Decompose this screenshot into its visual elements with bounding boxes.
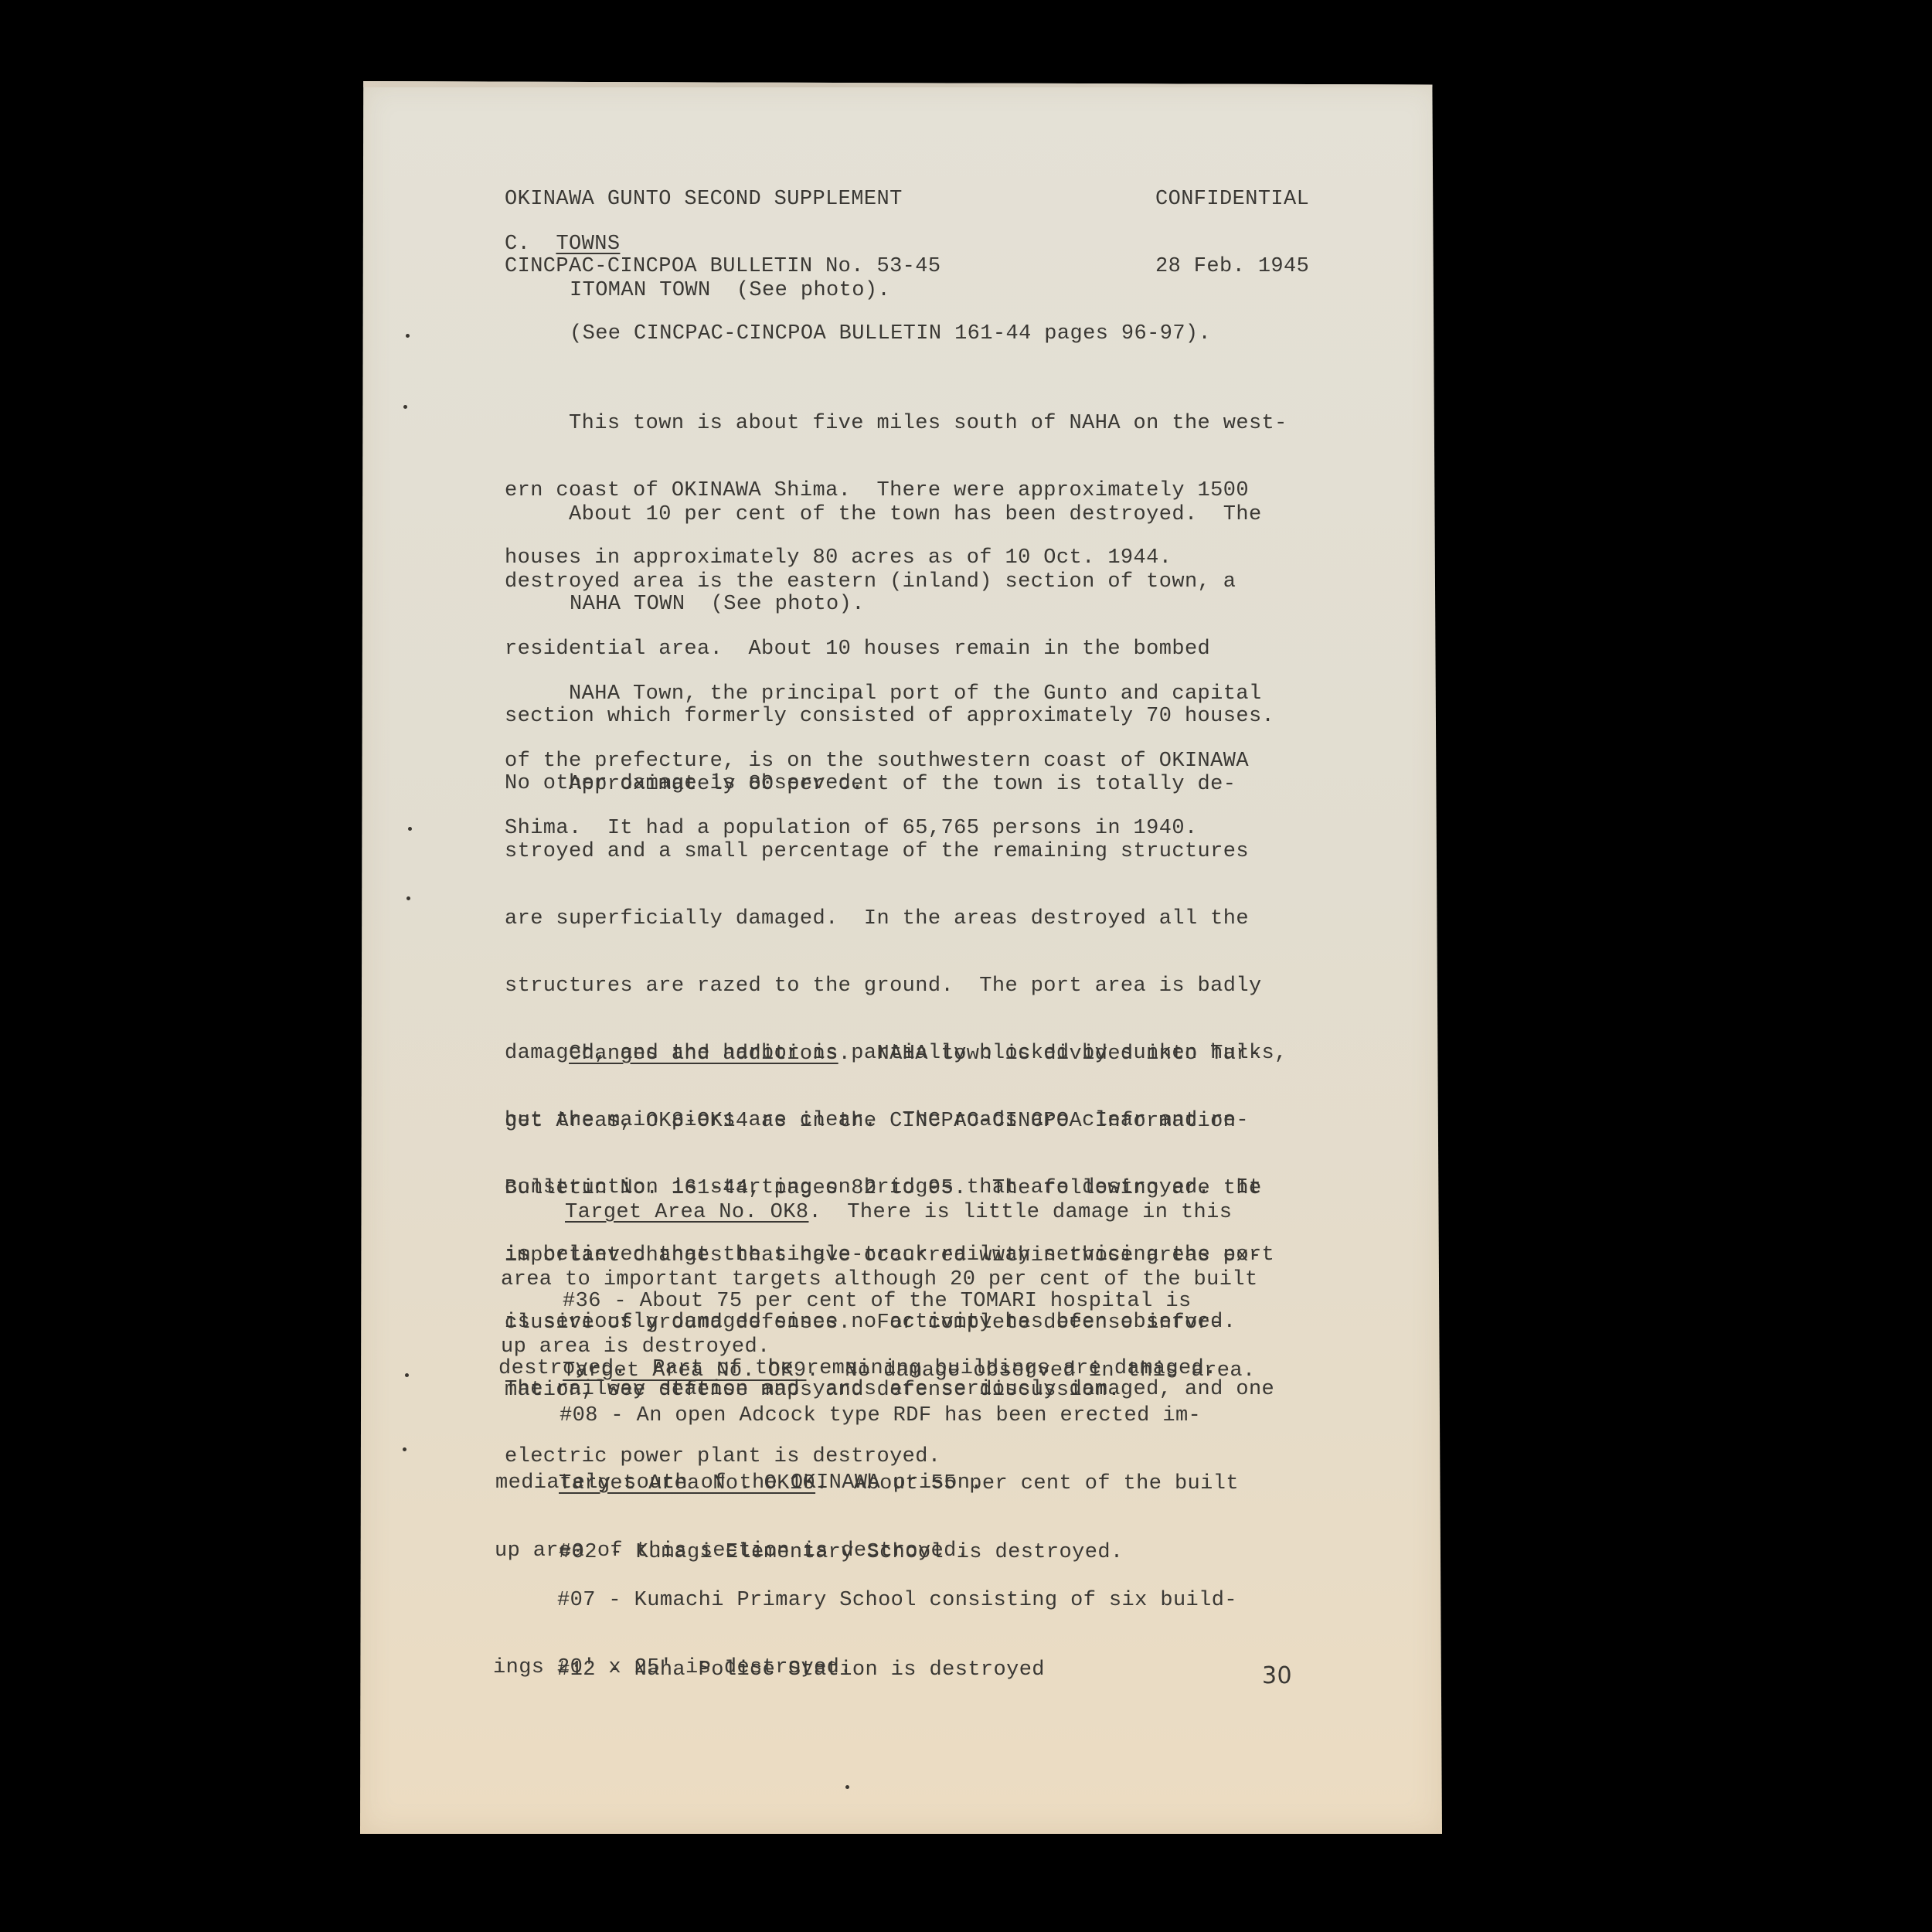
paper-mark [845, 1785, 849, 1789]
page-number: 30 [1262, 1665, 1292, 1687]
text-line: About 10 per cent of the town has been d… [505, 504, 1274, 526]
text-line: structures are razed to the ground. The … [505, 975, 1287, 998]
header-title: OKINAWA GUNTO SECOND SUPPLEMENT [505, 189, 941, 211]
text-line: Target Area No. OK8. There is little dam… [501, 1202, 1258, 1224]
text-line: #08 - An open Adcock type RDF has been e… [495, 1405, 1201, 1427]
text-line: #12 - Naha Police Station is destroyed [493, 1659, 1045, 1682]
text-fragment: . About 55 per cent of the built [815, 1472, 1239, 1495]
header-bulletin-number: CINCPAC-CINCPOA BULLETIN No. 53-45 [505, 256, 941, 278]
paper-mark [406, 334, 410, 338]
changes-title: Changes and additions [569, 1043, 838, 1066]
paper-mark [406, 896, 410, 900]
itoman-heading: ITOMAN TOWN (See photo). [570, 280, 890, 302]
section-heading: C. TOWNS [505, 233, 620, 256]
paper-mark [403, 1447, 406, 1451]
classification-label: CONFIDENTIAL [1155, 189, 1309, 211]
text-line: destroyed area is the eastern (inland) s… [505, 571, 1274, 594]
paper-mark [408, 827, 412, 831]
text-line: #36 - About 75 per cent of the TOMARI ho… [498, 1291, 1217, 1313]
text-line: NAHA Town, the principal port of the Gun… [505, 683, 1262, 706]
target-area-title: Target Area No. OK10 [559, 1472, 815, 1495]
text-line: This town is about five miles south of N… [505, 413, 1287, 435]
text-line: stroyed and a small percentage of the re… [505, 841, 1287, 863]
text-line: Target Area No. OK10. About 55 per cent … [495, 1473, 1239, 1495]
header-right: CONFIDENTIAL 28 Feb. 1945 [1155, 144, 1309, 301]
paper-mark [405, 1373, 409, 1377]
text-fragment: . NAHA town is divided into Tar- [838, 1043, 1262, 1066]
naha-heading: NAHA TOWN (See photo). [570, 594, 865, 616]
target-item-12: #12 - Naha Police Station is destroyed [493, 1614, 1045, 1704]
text-line: Approximately 80 per cent of the town is… [505, 774, 1287, 796]
text-fragment: . There is little damage in this [808, 1201, 1232, 1224]
text-line: Changes and additions. NAHA town is divi… [505, 1043, 1262, 1066]
document-date: 28 Feb. 1945 [1155, 256, 1309, 278]
text-line: are superficially damaged. In the areas … [505, 908, 1287, 930]
text-line: #07 - Kumachi Primary School consisting … [493, 1590, 1237, 1612]
text-line: get Areas, OK8-OK14 as in the CINCPAC-CI… [505, 1111, 1262, 1133]
section-letter: C. [505, 233, 530, 256]
paper-mark [403, 405, 407, 409]
target-area-title: Target Area No. OK8 [565, 1201, 808, 1224]
section-title: TOWNS [556, 233, 620, 256]
header-left: OKINAWA GUNTO SECOND SUPPLEMENT CINCPAC-… [505, 144, 941, 301]
itoman-reference: (See CINCPAC-CINCPOA BULLETIN 161-44 pag… [570, 323, 1211, 345]
